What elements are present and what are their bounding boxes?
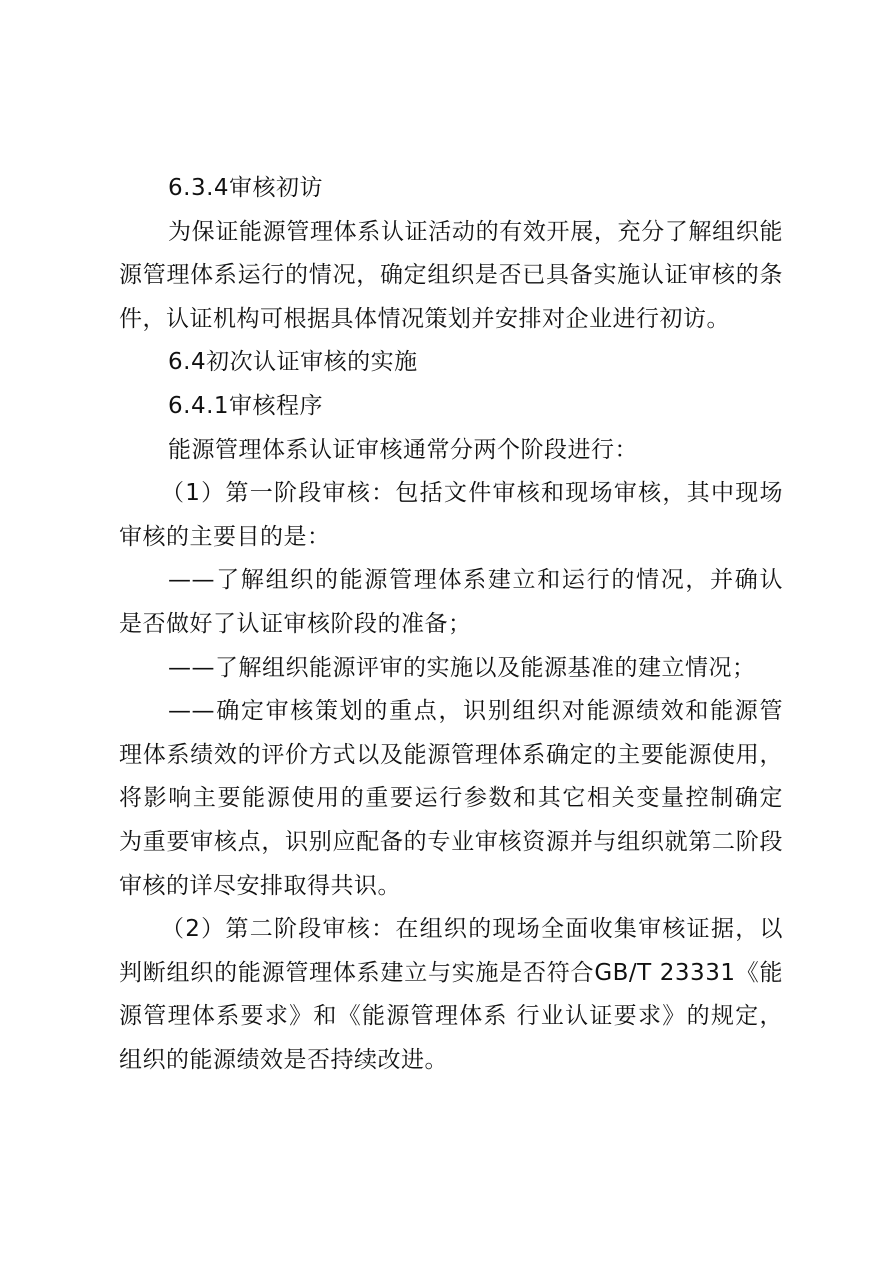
document-page: 6.3.4审核初访 为保证能源管理体系认证活动的有效开展，充分了解组织能 源管理… xyxy=(119,167,783,1082)
list-item-stage-two: （2）第二阶段审核：在组织的现场全面收集审核证据，以 xyxy=(119,908,783,952)
dash-item-3: ——确定审核策划的重点，识别组织对能源绩效和能源管 xyxy=(119,690,783,734)
paragraph-line: 组织的能源绩效是否持续改进。 xyxy=(119,1039,783,1083)
paragraph-line: 能源管理体系认证审核通常分两个阶段进行： xyxy=(119,429,783,473)
section-heading-6-3-4: 6.3.4审核初访 xyxy=(119,167,783,211)
paragraph-line: 源管理体系要求》和《能源管理体系 行业认证要求》的规定， xyxy=(119,995,783,1039)
paragraph-line: 审核的主要目的是： xyxy=(119,516,783,560)
paragraph-line: 判断组织的能源管理体系建立与实施是否符合GB/T 23331《能 xyxy=(119,952,783,996)
paragraph-line: 为重要审核点，识别应配备的专业审核资源并与组织就第二阶段 xyxy=(119,821,783,865)
paragraph-line: 是否做好了认证审核阶段的准备； xyxy=(119,603,783,647)
paragraph-line: 审核的详尽安排取得共识。 xyxy=(119,865,783,909)
dash-item-1: ——了解组织的能源管理体系建立和运行的情况，并确认 xyxy=(119,559,783,603)
paragraph-line: 源管理体系运行的情况，确定组织是否已具备实施认证审核的条 xyxy=(119,254,783,298)
paragraph-line: 为保证能源管理体系认证活动的有效开展，充分了解组织能 xyxy=(119,211,783,255)
section-heading-6-4-1: 6.4.1审核程序 xyxy=(119,385,783,429)
paragraph-line: 件，认证机构可根据具体情况策划并安排对企业进行初访。 xyxy=(119,298,783,342)
list-item-stage-one: （1）第一阶段审核：包括文件审核和现场审核，其中现场 xyxy=(119,472,783,516)
paragraph-line: 理体系绩效的评价方式以及能源管理体系确定的主要能源使用， xyxy=(119,734,783,778)
paragraph-line: 将影响主要能源使用的重要运行参数和其它相关变量控制确定 xyxy=(119,777,783,821)
dash-item-2: ——了解组织能源评审的实施以及能源基准的建立情况； xyxy=(119,647,783,691)
section-heading-6-4: 6.4初次认证审核的实施 xyxy=(119,341,783,385)
